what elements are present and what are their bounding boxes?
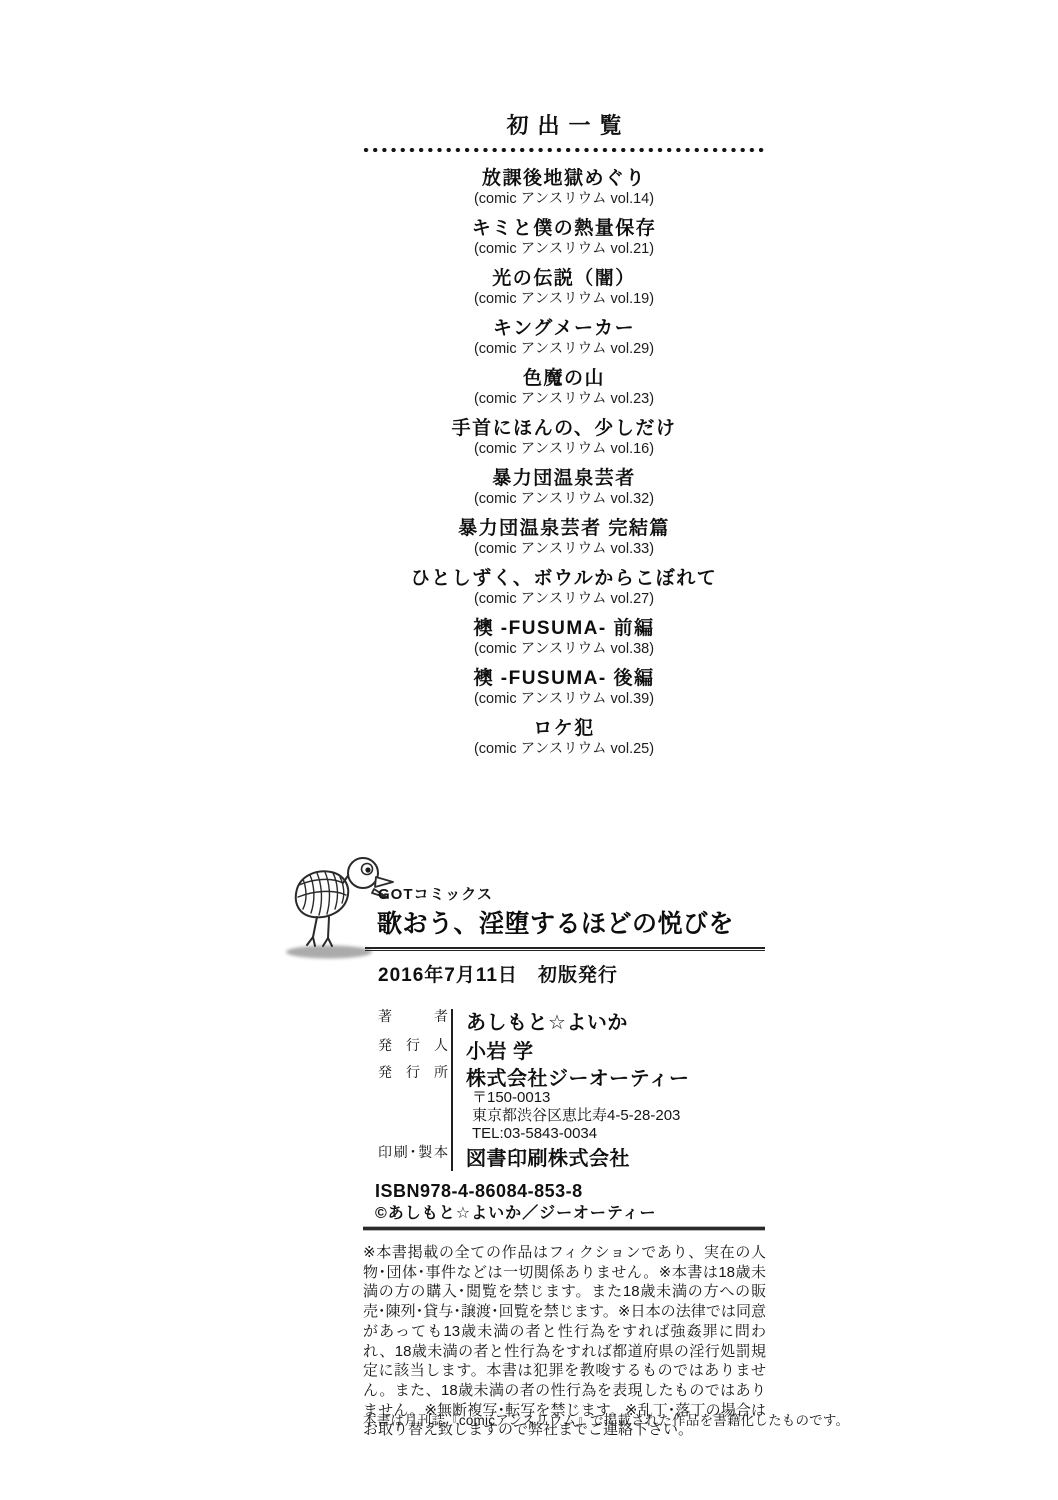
colophon-page: 初出一覧 放課後地獄めぐり (comic アンスリウム vol.14) キミと僕… xyxy=(0,0,1058,1500)
list-item: 手首にほんの、少しだけ (comic アンスリウム vol.16) xyxy=(361,417,767,459)
list-heading: 初出一覧 xyxy=(361,112,767,140)
first-publication-list: 初出一覧 放課後地獄めぐり (comic アンスリウム vol.14) キミと僕… xyxy=(361,112,767,767)
work-title: 暴力団温泉芸者 完結篇 xyxy=(361,517,767,540)
postal-code: 〒150-0013 xyxy=(472,1089,768,1107)
author-value: あしもと☆よいか xyxy=(451,1006,768,1035)
publisher-value: 小岩 学 xyxy=(451,1035,768,1062)
list-item: 色魔の山 (comic アンスリウム vol.23) xyxy=(361,367,767,409)
work-source: (comic アンスリウム vol.32) xyxy=(361,490,767,509)
list-item: 光の伝説（闇） (comic アンスリウム vol.19) xyxy=(361,267,767,309)
list-item: キミと僕の熱量保存 (comic アンスリウム vol.21) xyxy=(361,217,767,259)
work-source: (comic アンスリウム vol.16) xyxy=(361,440,767,459)
work-source: (comic アンスリウム vol.14) xyxy=(361,190,767,209)
work-title: 暴力団温泉芸者 xyxy=(361,467,767,490)
section-rule xyxy=(363,1227,765,1230)
list-item: 暴力団温泉芸者 (comic アンスリウム vol.32) xyxy=(361,467,767,509)
list-item: 襖 -FUSUMA- 前編 (comic アンスリウム vol.38) xyxy=(361,617,767,659)
publisher-label: 発行人 xyxy=(363,1035,448,1062)
work-title: 襖 -FUSUMA- 前編 xyxy=(361,617,767,640)
work-title: 襖 -FUSUMA- 後編 xyxy=(361,667,767,690)
publisher-address: 〒150-0013 東京都渋谷区恵比寿4-5-28-203 TEL:03-584… xyxy=(451,1087,768,1142)
title-underline xyxy=(365,947,765,951)
street-address: 東京都渋谷区恵比寿4-5-28-203 xyxy=(472,1107,768,1125)
work-title: ひとしずく、ボウルからこぼれて xyxy=(361,567,767,590)
work-title: 放課後地獄めぐり xyxy=(361,167,767,190)
list-item: 暴力団温泉芸者 完結篇 (comic アンスリウム vol.33) xyxy=(361,517,767,559)
isbn-block: ISBN978-4-86084-853-8 ©あしもと☆よいか／ジーオーティー xyxy=(375,1181,657,1223)
works-list: 放課後地獄めぐり (comic アンスリウム vol.14) キミと僕の熱量保存… xyxy=(361,167,767,759)
list-item: キングメーカー (comic アンスリウム vol.29) xyxy=(361,317,767,359)
work-source: (comic アンスリウム vol.39) xyxy=(361,690,767,709)
work-title: 手首にほんの、少しだけ xyxy=(361,417,767,440)
printing-value: 図書印刷株式会社 xyxy=(451,1142,768,1174)
bird-shadow xyxy=(286,946,372,959)
work-title: 光の伝説（闇） xyxy=(361,267,767,290)
work-source: (comic アンスリウム vol.33) xyxy=(361,540,767,559)
work-source: (comic アンスリウム vol.38) xyxy=(361,640,767,659)
dotted-divider xyxy=(362,147,766,153)
credits-vertical-rule xyxy=(451,1009,453,1171)
printing-label: 印刷･製本 xyxy=(363,1142,448,1174)
isbn: ISBN978-4-86084-853-8 xyxy=(375,1181,657,1201)
copyright: ©あしもと☆よいか／ジーオーティー xyxy=(375,1204,657,1223)
list-item: ひとしずく、ボウルからこぼれて (comic アンスリウム vol.27) xyxy=(361,567,767,609)
work-title: ロケ犯 xyxy=(361,717,767,740)
work-title: キングメーカー xyxy=(361,317,767,340)
work-title: 色魔の山 xyxy=(361,367,767,390)
author-label: 著者 xyxy=(363,1006,448,1035)
list-item: ロケ犯 (comic アンスリウム vol.25) xyxy=(361,717,767,759)
work-source: (comic アンスリウム vol.23) xyxy=(361,390,767,409)
serialization-note: 本書は月刊誌『comicアンスリウム』で掲載された作品を書籍化したものです。 xyxy=(363,1409,849,1429)
list-item: 襖 -FUSUMA- 後編 (comic アンスリウム vol.39) xyxy=(361,667,767,709)
work-source: (comic アンスリウム vol.25) xyxy=(361,740,767,759)
phone-number: TEL:03-5843-0034 xyxy=(472,1125,768,1143)
work-source: (comic アンスリウム vol.19) xyxy=(361,290,767,309)
work-title: キミと僕の熱量保存 xyxy=(361,217,767,240)
colophon-header: GOTコミックス 歌おう、淫堕するほどの悦びを 2016年7月11日 初版発行 xyxy=(363,853,768,1003)
credits-table: 著者 あしもと☆よいか 発行人 小岩 学 発行所 株式会社ジーオーティー 〒15… xyxy=(363,1006,768,1174)
list-item: 放課後地獄めぐり (comic アンスリウム vol.14) xyxy=(361,167,767,209)
publishing-office-value: 株式会社ジーオーティー xyxy=(451,1062,768,1087)
edition-date: 2016年7月11日 初版発行 xyxy=(378,960,618,987)
spacer xyxy=(363,1087,451,1142)
work-source: (comic アンスリウム vol.21) xyxy=(361,240,767,259)
work-source: (comic アンスリウム vol.27) xyxy=(361,590,767,609)
book-title: 歌おう、淫堕するほどの悦びを xyxy=(377,904,734,940)
imprint-label: GOTコミックス xyxy=(378,883,493,904)
publishing-office-label: 発行所 xyxy=(363,1062,448,1087)
work-source: (comic アンスリウム vol.29) xyxy=(361,340,767,359)
